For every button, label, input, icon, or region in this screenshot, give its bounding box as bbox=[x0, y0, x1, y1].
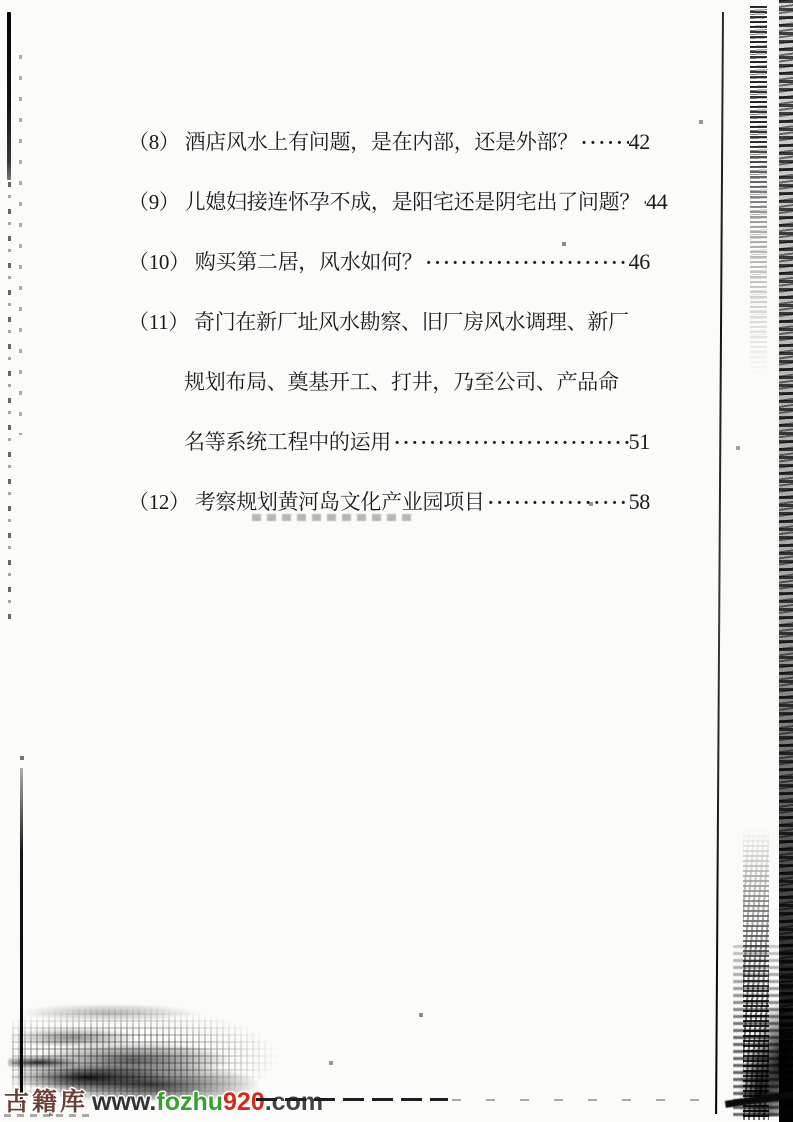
watermark-trailing-dashes-sparse bbox=[452, 1099, 702, 1101]
scan-artifact-right-edge-band bbox=[779, 0, 793, 1122]
scan-artifact-left-dashes-secondary bbox=[19, 55, 22, 435]
scan-artifact-right-speckle-bottom bbox=[743, 830, 769, 1120]
toc-item-title: 儿媳妇接连怀孕不成，是阳宅还是阴宅出了问题？ bbox=[185, 172, 640, 232]
toc-item-title: 奇门在新厂址风水勘察、旧厂房风水调理、新厂 bbox=[194, 292, 629, 352]
scan-artifact-left-bottom-line bbox=[20, 768, 23, 1108]
toc-item: （10） 购买第二居，风水如何？ ·······················… bbox=[128, 232, 650, 292]
toc-item-continuation: 规划布局、奠基开工、打井，乃至公司、产品命 bbox=[128, 352, 650, 412]
toc-item-title: 名等系统工程中的运用 bbox=[184, 412, 391, 472]
toc-item: （12） 考察规划黄河岛文化产业园项目 ····················… bbox=[128, 472, 650, 532]
toc-page-number: 51 bbox=[629, 412, 650, 472]
toc-item: （8） 酒店风水上有问题，是在内部，还是外部？ ················… bbox=[128, 112, 650, 172]
toc-list: （8） 酒店风水上有问题，是在内部，还是外部？ ················… bbox=[128, 112, 650, 532]
toc-page-number: 44 bbox=[646, 172, 667, 232]
scan-artifact-right-vertical-line bbox=[715, 12, 724, 1114]
toc-item: （11） 奇门在新厂址风水勘察、旧厂房风水调理、新厂 bbox=[128, 292, 650, 352]
toc-leader-dots: ········································… bbox=[391, 414, 629, 474]
watermark-url-www: www. bbox=[92, 1088, 156, 1117]
scan-artifact-bottomright-blob bbox=[733, 945, 793, 1117]
toc-item-number: （9） bbox=[128, 172, 180, 232]
toc-leader-dots: ········································… bbox=[423, 234, 629, 294]
watermark-url-920: 920 bbox=[223, 1088, 265, 1117]
toc-page-number: 58 bbox=[629, 472, 650, 532]
toc-leader-dots: ········································… bbox=[485, 474, 629, 534]
toc-item-title: 酒店风水上有问题，是在内部，还是外部？ bbox=[185, 112, 578, 172]
watermark-site-name: 古籍库 bbox=[4, 1082, 88, 1118]
scan-artifact-left-dashes bbox=[8, 182, 11, 622]
scan-artifact-bottomleft-speckle bbox=[12, 985, 312, 1097]
toc-item-title: 考察规划黄河岛文化产业园项目 bbox=[195, 472, 485, 532]
toc-item-number: （10） bbox=[128, 232, 190, 292]
scan-artifact-right-speckle-top bbox=[750, 6, 767, 376]
toc-leader-dots: ········································… bbox=[578, 114, 629, 174]
scan-artifact-left-bar bbox=[7, 12, 11, 180]
toc-item-title: 购买第二居，风水如何？ bbox=[195, 232, 423, 292]
watermark: 古籍库 www. fozhu 920 .com bbox=[4, 1082, 323, 1118]
toc-page-number: 46 bbox=[629, 232, 650, 292]
toc-page-number: 42 bbox=[629, 112, 650, 172]
watermark-url-fozhu: fozhu bbox=[156, 1088, 223, 1117]
toc-item-number: （11） bbox=[128, 292, 189, 352]
toc-item-title: 规划布局、奠基开工、打井，乃至公司、产品命 bbox=[184, 352, 619, 412]
scan-artifact-bottomright-streak bbox=[725, 1091, 793, 1108]
scanned-book-page: （8） 酒店风水上有问题，是在内部，还是外部？ ················… bbox=[0, 0, 793, 1122]
toc-item-number: （12） bbox=[128, 472, 190, 532]
watermark-url-com: .com bbox=[265, 1088, 323, 1117]
toc-item-number: （8） bbox=[128, 112, 180, 172]
toc-item-continuation: 名等系统工程中的运用 ·····························… bbox=[128, 412, 650, 472]
toc-item: （9） 儿媳妇接连怀孕不成，是阳宅还是阴宅出了问题？ ·············… bbox=[128, 172, 650, 232]
scan-artifact-specks bbox=[0, 0, 2, 2]
